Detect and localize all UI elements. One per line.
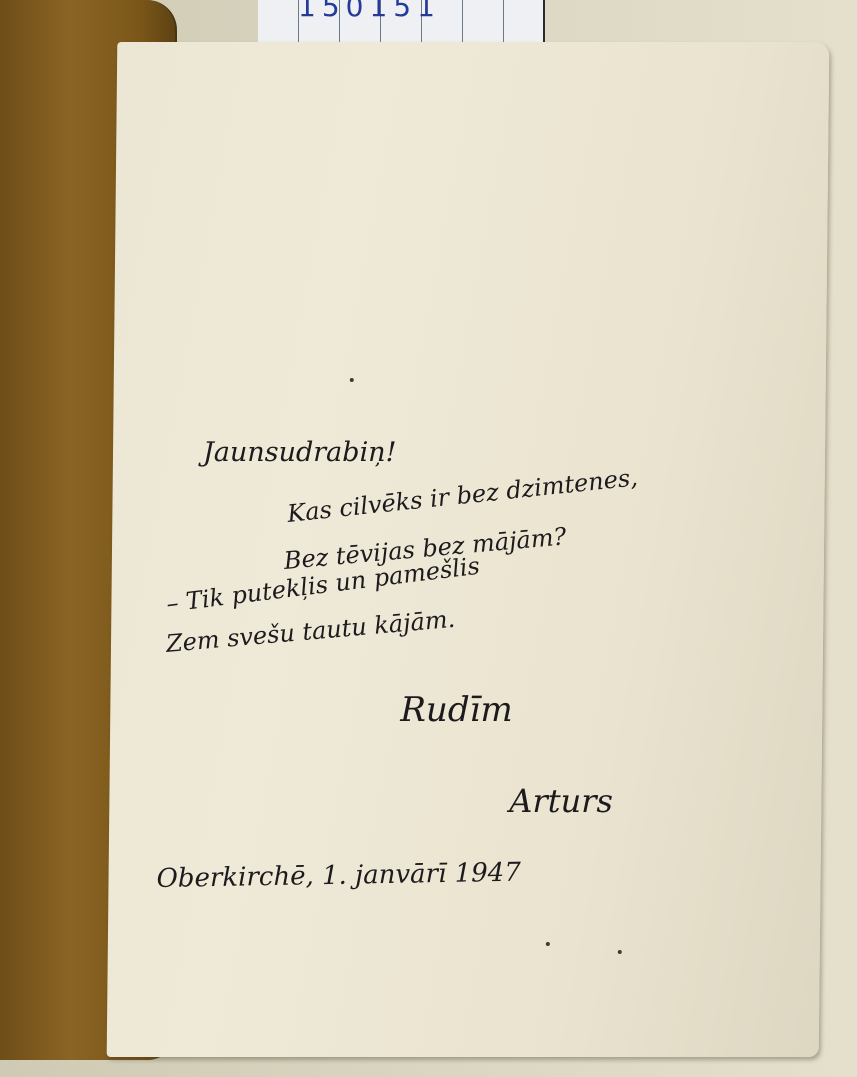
ink-speck (618, 950, 622, 954)
signature-1: Rudīm (400, 690, 513, 730)
salutation: Jaunsudrabiņ! (203, 437, 397, 468)
signature-2: Arturs (509, 782, 613, 820)
place-date: Oberkirchē, 1. janvārī 1947 (156, 858, 520, 894)
catalog-number: 150151 (298, 0, 441, 23)
ink-speck (546, 942, 550, 946)
ink-speck (350, 378, 354, 382)
endpaper-page: Jaunsudrabiņ! Kas cilvēks ir bez dzimten… (107, 42, 830, 1057)
verse-line-1: Kas cilvēks ir bez dzimtenes, (286, 463, 639, 528)
